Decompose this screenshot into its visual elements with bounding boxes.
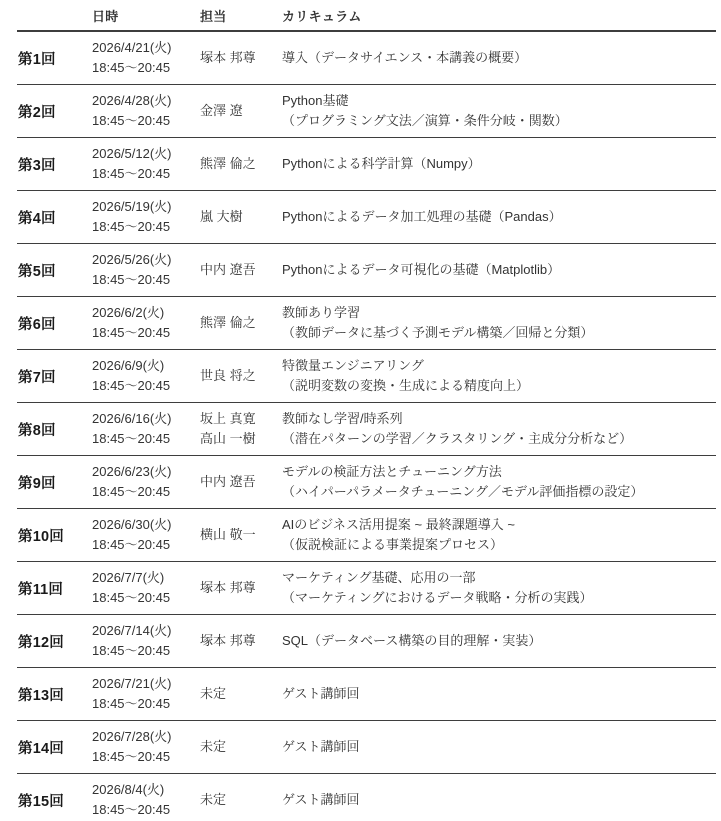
header-datetime: 日時 — [92, 6, 200, 25]
session-curriculum: Pythonによるデータ加工処理の基礎（Pandas） — [282, 207, 716, 227]
session-instructor: 世良 将之 — [200, 366, 282, 386]
course-schedule-table: 日時 担当 カリキュラム 第1回 2026/4/21(火) 18:45～20:4… — [17, 0, 716, 821]
session-curriculum: モデルの検証方法とチューニング方法 （ハイパーパラメータチューニング／モデル評価… — [282, 462, 716, 502]
table-row: 第14回 2026/7/28(火) 18:45～20:45 未定 ゲスト講師回 — [17, 721, 716, 774]
session-number: 第2回 — [17, 101, 92, 122]
header-instructor: 担当 — [200, 6, 282, 25]
table-row: 第8回 2026/6/16(火) 18:45～20:45 坂上 真寛 高山 一樹… — [17, 403, 716, 456]
table-row: 第12回 2026/7/14(火) 18:45～20:45 塚本 邦尊 SQL（… — [17, 615, 716, 668]
session-datetime: 2026/5/26(火) 18:45～20:45 — [92, 250, 200, 290]
session-instructor: 熊澤 倫之 — [200, 154, 282, 174]
table-row: 第6回 2026/6/2(火) 18:45～20:45 熊澤 倫之 教師あり学習… — [17, 297, 716, 350]
table-row: 第4回 2026/5/19(火) 18:45～20:45 嵐 大樹 Python… — [17, 191, 716, 244]
session-number: 第7回 — [17, 366, 92, 387]
session-datetime: 2026/7/21(火) 18:45～20:45 — [92, 674, 200, 714]
session-number: 第6回 — [17, 313, 92, 334]
session-curriculum: AIのビジネス活用提案 ~ 最終課題導入 ~ （仮説検証による事業提案プロセス） — [282, 515, 716, 555]
session-curriculum: マーケティング基礎、応用の一部 （マーケティングにおけるデータ戦略・分析の実践） — [282, 568, 716, 608]
table-row: 第2回 2026/4/28(火) 18:45～20:45 金澤 遼 Python… — [17, 85, 716, 138]
session-datetime: 2026/6/30(火) 18:45～20:45 — [92, 515, 200, 555]
session-instructor: 金澤 遼 — [200, 101, 282, 121]
session-curriculum: ゲスト講師回 — [282, 684, 716, 704]
session-instructor: 嵐 大樹 — [200, 207, 282, 227]
table-row: 第10回 2026/6/30(火) 18:45～20:45 横山 敬一 AIのビ… — [17, 509, 716, 562]
session-instructor: 未定 — [200, 684, 282, 704]
session-instructor: 坂上 真寛 高山 一樹 — [200, 409, 282, 449]
session-curriculum: ゲスト講師回 — [282, 790, 716, 810]
session-number: 第8回 — [17, 419, 92, 440]
session-number: 第14回 — [17, 737, 92, 758]
session-curriculum: 導入（データサイエンス・本講義の概要） — [282, 48, 716, 68]
session-datetime: 2026/6/23(火) 18:45～20:45 — [92, 462, 200, 502]
session-instructor: 未定 — [200, 790, 282, 810]
session-datetime: 2026/6/9(火) 18:45～20:45 — [92, 356, 200, 396]
session-number: 第1回 — [17, 48, 92, 69]
table-row: 第1回 2026/4/21(火) 18:45～20:45 塚本 邦尊 導入（デー… — [17, 32, 716, 85]
session-datetime: 2026/6/2(火) 18:45～20:45 — [92, 303, 200, 343]
session-instructor: 塚本 邦尊 — [200, 48, 282, 68]
session-datetime: 2026/7/28(火) 18:45～20:45 — [92, 727, 200, 767]
session-datetime: 2026/7/7(火) 18:45～20:45 — [92, 568, 200, 608]
table-header-row: 日時 担当 カリキュラム — [17, 0, 716, 32]
session-datetime: 2026/7/14(火) 18:45～20:45 — [92, 621, 200, 661]
session-number: 第3回 — [17, 154, 92, 175]
session-instructor: 横山 敬一 — [200, 525, 282, 545]
table-row: 第5回 2026/5/26(火) 18:45～20:45 中内 遼吾 Pytho… — [17, 244, 716, 297]
session-curriculum: 特徴量エンジニアリング （説明変数の変換・生成による精度向上） — [282, 356, 716, 396]
session-number: 第15回 — [17, 790, 92, 811]
session-datetime: 2026/5/12(火) 18:45～20:45 — [92, 144, 200, 184]
session-number: 第12回 — [17, 631, 92, 652]
session-number: 第9回 — [17, 472, 92, 493]
table-row: 第11回 2026/7/7(火) 18:45～20:45 塚本 邦尊 マーケティ… — [17, 562, 716, 615]
session-number: 第4回 — [17, 207, 92, 228]
table-row: 第9回 2026/6/23(火) 18:45～20:45 中内 遼吾 モデルの検… — [17, 456, 716, 509]
session-curriculum: 教師あり学習 （教師データに基づく予測モデル構築／回帰と分類） — [282, 303, 716, 343]
table-row: 第15回 2026/8/4(火) 18:45～20:45 未定 ゲスト講師回 — [17, 774, 716, 821]
session-curriculum: Python基礎 （プログラミング文法／演算・条件分岐・関数） — [282, 91, 716, 131]
session-datetime: 2026/5/19(火) 18:45～20:45 — [92, 197, 200, 237]
session-number: 第5回 — [17, 260, 92, 281]
session-instructor: 中内 遼吾 — [200, 260, 282, 280]
header-curriculum: カリキュラム — [282, 6, 716, 25]
session-datetime: 2026/6/16(火) 18:45～20:45 — [92, 409, 200, 449]
session-datetime: 2026/8/4(火) 18:45～20:45 — [92, 780, 200, 820]
session-number: 第11回 — [17, 578, 92, 599]
session-instructor: 塚本 邦尊 — [200, 578, 282, 598]
session-curriculum: Pythonによるデータ可視化の基礎（Matplotlib） — [282, 260, 716, 280]
session-instructor: 熊澤 倫之 — [200, 313, 282, 333]
session-curriculum: SQL（データベース構築の目的理解・実装） — [282, 631, 716, 651]
session-instructor: 塚本 邦尊 — [200, 631, 282, 651]
session-datetime: 2026/4/21(火) 18:45～20:45 — [92, 38, 200, 78]
table-row: 第3回 2026/5/12(火) 18:45～20:45 熊澤 倫之 Pytho… — [17, 138, 716, 191]
session-instructor: 中内 遼吾 — [200, 472, 282, 492]
session-number: 第13回 — [17, 684, 92, 705]
session-instructor: 未定 — [200, 737, 282, 757]
session-curriculum: ゲスト講師回 — [282, 737, 716, 757]
table-row: 第7回 2026/6/9(火) 18:45～20:45 世良 将之 特徴量エンジ… — [17, 350, 716, 403]
table-row: 第13回 2026/7/21(火) 18:45～20:45 未定 ゲスト講師回 — [17, 668, 716, 721]
session-datetime: 2026/4/28(火) 18:45～20:45 — [92, 91, 200, 131]
session-number: 第10回 — [17, 525, 92, 546]
session-curriculum: 教師なし学習/時系列 （潜在パターンの学習／クラスタリング・主成分分析など） — [282, 409, 716, 449]
session-curriculum: Pythonによる科学計算（Numpy） — [282, 154, 716, 174]
